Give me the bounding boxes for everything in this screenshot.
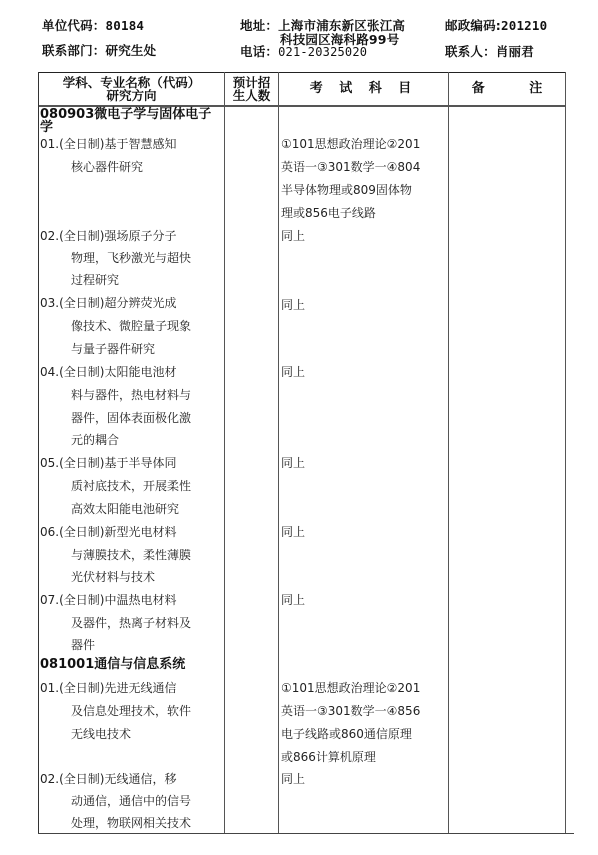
- direction-line: 06.(全日制)新型光电材料: [40, 521, 176, 543]
- contact-dept: 联系部门：研究生处: [42, 44, 156, 58]
- col-header-major: 学科、专业名称（代码） 研究方向: [39, 72, 224, 105]
- exam-line: 英语一③301数学一④856: [281, 700, 420, 722]
- contact-value: 肖丽君: [496, 44, 534, 59]
- exam-line: 电子线路或860通信原理: [281, 723, 412, 745]
- col-header-notes: 备 注: [449, 72, 565, 105]
- address: 地址：上海市浦东新区张江高: [240, 19, 405, 33]
- contact-label: 联系人：: [445, 44, 496, 59]
- major-title: 081001通信与信息系统: [40, 654, 185, 676]
- direction-line: 动通信，通信中的信号: [71, 790, 191, 812]
- exam-line: 同上: [281, 521, 305, 543]
- exam-line: 半导体物理或809固体物: [281, 179, 412, 201]
- col-header-quota: 预计招 生人数: [225, 72, 278, 105]
- postcode: 邮政编码:201210: [445, 19, 547, 33]
- direction-line: 与薄膜技术，柔性薄膜: [71, 544, 191, 566]
- direction-line: 01.(全日制)先进无线通信: [40, 677, 176, 699]
- phone-label: 电话：: [240, 44, 278, 59]
- exam-line: 英语一③301数学一④804: [281, 156, 420, 178]
- col-header-exam: 考 试 科 目: [279, 72, 448, 105]
- exam-line: 同上: [281, 452, 305, 474]
- dept-value: 研究生处: [106, 43, 157, 58]
- major-title: 080903微电子学与固体电子: [40, 108, 211, 121]
- col-border-right: [565, 72, 566, 833]
- direction-line: 元的耦合: [71, 429, 119, 451]
- exam-line: 同上: [281, 361, 305, 383]
- direction-line: 01.(全日制)基于智慧感知: [40, 133, 176, 155]
- direction-line: 05.(全日制)基于半导体同: [40, 452, 176, 474]
- direction-line: 物理，飞秒激光与超快: [71, 247, 191, 269]
- direction-line: 及信息处理技术，软件: [71, 700, 191, 722]
- direction-line: 处理，物联网相关技术: [71, 812, 191, 834]
- contact-person: 联系人：肖丽君: [445, 45, 534, 59]
- direction-line: 03.(全日制)超分辨荧光成: [40, 292, 176, 314]
- direction-line: 像技术、微腔量子现象: [71, 315, 191, 337]
- direction-line: 高效太阳能电池研究: [71, 498, 179, 520]
- address-label: 地址：: [240, 18, 278, 33]
- unit-code-value: 80184: [106, 18, 145, 33]
- direction-line: 与量子器件研究: [71, 338, 155, 360]
- exam-line: ①101思想政治理论②201: [281, 677, 420, 699]
- exam-line: 同上: [281, 589, 305, 611]
- direction-line: 过程研究: [71, 269, 119, 291]
- exam-line: 同上: [281, 294, 305, 316]
- col-border-3: [448, 72, 449, 833]
- admissions-table: 学科、专业名称（代码） 研究方向 预计招 生人数 考 试 科 目 备 注 080…: [38, 72, 566, 833]
- postcode-label: 邮政编码:: [445, 18, 501, 33]
- direction-line: 无线电技术: [71, 723, 131, 745]
- col-border-left: [38, 72, 39, 833]
- exam-line: 同上: [281, 225, 305, 247]
- unit-code-label: 单位代码：: [42, 18, 106, 33]
- direction-line: 07.(全日制)中温热电材料: [40, 589, 176, 611]
- phone-value: 021-20325020: [278, 45, 367, 59]
- direction-line: 料与器件，热电材料与: [71, 384, 191, 406]
- unit-code: 单位代码：80184: [42, 19, 144, 33]
- direction-line: 及器件，热离子材料及: [71, 612, 191, 634]
- direction-line: 02.(全日制)无线通信，移: [40, 768, 176, 790]
- exam-line: ①101思想政治理论②201: [281, 133, 420, 155]
- direction-line: 02.(全日制)强场原子分子: [40, 225, 176, 247]
- direction-line: 质衬底技术，开展柔性: [71, 475, 191, 497]
- direction-line: 器件: [71, 634, 95, 656]
- direction-line: 核心器件研究: [71, 156, 143, 178]
- exam-line: 或866计算机原理: [281, 746, 376, 768]
- dept-label: 联系部门：: [42, 43, 106, 58]
- exam-line: 理或856电子线路: [281, 202, 376, 224]
- direction-line: 光伏材料与技术: [71, 566, 155, 588]
- phone: 电话：021-20325020: [240, 45, 367, 59]
- postcode-value: 201210: [501, 18, 547, 33]
- col-border-2: [278, 72, 279, 833]
- direction-line: 器件，固体表面极化激: [71, 407, 191, 429]
- address-line1: 上海市浦东新区张江高: [278, 18, 405, 33]
- exam-line: 同上: [281, 768, 305, 790]
- col-border-1: [224, 72, 225, 833]
- direction-line: 04.(全日制)太阳能电池材: [40, 361, 176, 383]
